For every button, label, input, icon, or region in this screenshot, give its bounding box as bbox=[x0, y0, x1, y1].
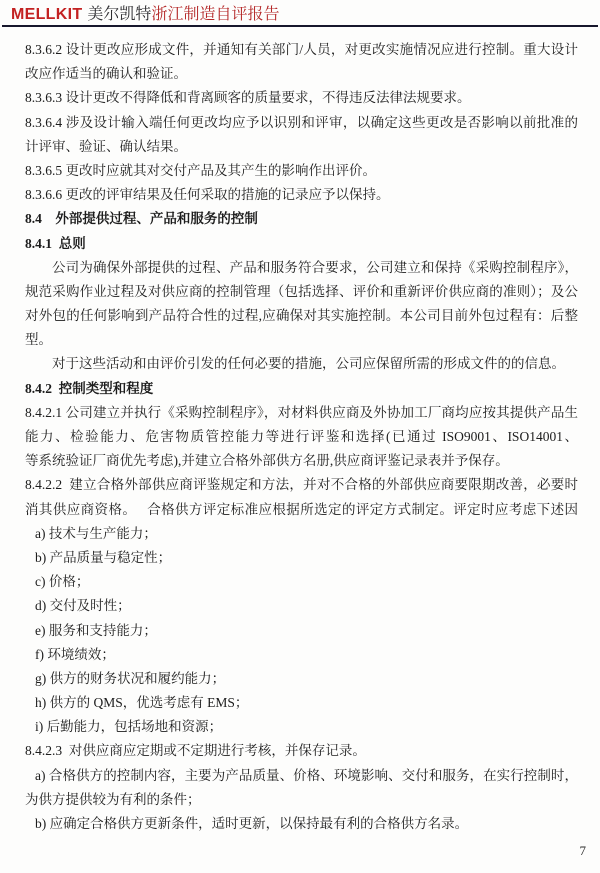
text-line: 计评审、验证、确认结果。 bbox=[25, 135, 578, 159]
document-body: 8.3.6.2 设计更改应形成文件，并通知有关部门/人员，对更改实施情况应进行控… bbox=[25, 38, 578, 836]
text-line: 8.4.2 控制类型和程度 bbox=[25, 377, 578, 401]
text-line: i) 后勤能力，包括场地和资源； bbox=[25, 715, 578, 739]
text-line: 改应作适当的确认和验证。 bbox=[25, 62, 578, 86]
document-page: MELLKIT美尔凯特浙江制造自评报告 8.3.6.2 设计更改应形成文件，并通… bbox=[0, 0, 600, 873]
text-line: 公司为确保外部提供的过程、产品和服务符合要求，公司建立和保持《采购控制程序》，以 bbox=[25, 256, 578, 280]
text-line: 8.3.6.6 更改的评审结果及任何采取的措施的记录应予以保持。 bbox=[25, 183, 578, 207]
text-line: 8.4.2.3 对供应商应定期或不定期进行考核，并保存记录。 bbox=[25, 739, 578, 763]
text-line: c) 价格； bbox=[25, 570, 578, 594]
text-line: d) 交付及时性； bbox=[25, 594, 578, 618]
text-line: h) 供方的 QMS，优选考虑有 EMS； bbox=[25, 691, 578, 715]
text-line: 8.4 外部提供过程、产品和服务的控制 bbox=[25, 207, 578, 231]
page-header: MELLKIT美尔凯特浙江制造自评报告 bbox=[11, 5, 590, 25]
text-line: e) 服务和支持能力； bbox=[25, 619, 578, 643]
text-line: 8.4.2.2 建立合格外部供应商评鉴规定和方法，并对不合格的外部供应商要限期改… bbox=[25, 473, 578, 497]
text-line: a) 合格供方的控制内容，主要为产品质量、价格、环境影响、交付和服务，在实行控制… bbox=[25, 764, 578, 788]
text-line: 对于这些活动和由评价引发的任何必要的措施，公司应保留所需的形成文件的的信息。 bbox=[25, 352, 578, 376]
text-line: 8.3.6.3 设计更改不得降低和背离顾客的质量要求，不得违反法律法规要求。 bbox=[25, 86, 578, 110]
text-line: 为供方提供较为有利的条件； bbox=[25, 788, 578, 812]
text-line: f) 环境绩效； bbox=[25, 643, 578, 667]
text-line: 8.4.2.1 公司建立并执行《采购控制程序》，对材料供应商及外协加工厂商均应按… bbox=[25, 401, 578, 425]
text-line: 8.3.6.5 更改时应就其对交付产品及其产生的影响作出评价。 bbox=[25, 159, 578, 183]
text-line: 等系统验证厂商优先考虑),并建立合格外部供方名册,供应商评鉴记录表并予保存。 bbox=[25, 449, 578, 473]
text-line: 型。 bbox=[25, 328, 578, 352]
brand-logo-text: MELLKIT bbox=[11, 6, 82, 23]
text-line: 8.4.1 总则 bbox=[25, 232, 578, 256]
text-line: g) 供方的财务状况和履约能力； bbox=[25, 667, 578, 691]
text-line: 能力、检验能力、危害物质管控能力等进行评鉴和选择(已通过 ISO9001、ISO… bbox=[25, 425, 578, 449]
header-company-name: 美尔凯特 bbox=[87, 6, 151, 23]
text-line: b) 产品质量与稳定性； bbox=[25, 546, 578, 570]
text-line: 8.3.6.2 设计更改应形成文件，并通知有关部门/人员，对更改实施情况应进行控… bbox=[25, 38, 578, 62]
header-divider bbox=[2, 25, 598, 27]
text-line: 规范采购作业过程及对供应商的控制管理（包括选择、评价和重新评价供应商的准则）；及… bbox=[25, 280, 578, 304]
text-line: a) 技术与生产能力； bbox=[25, 522, 578, 546]
text-line: 8.3.6.4 涉及设计输入端任何更改均应予以识别和评审，以确定这些更改是否影响… bbox=[25, 111, 578, 135]
page-number: 7 bbox=[580, 843, 587, 859]
text-line: b) 应确定合格供方更新条件，适时更新，以保持最有利的合格供方名录。 bbox=[25, 812, 578, 836]
text-line: 对外包的任何影响到产品符合性的过程,应确保对其实施控制。本公司目前外包过程有：后… bbox=[25, 304, 578, 328]
text-line: 消其供应商资格。 合格供方评定标准应根据所选定的评定方式制定。评定时应考虑下述因… bbox=[25, 498, 578, 522]
header-report-title: 浙江制造自评报告 bbox=[151, 6, 279, 23]
